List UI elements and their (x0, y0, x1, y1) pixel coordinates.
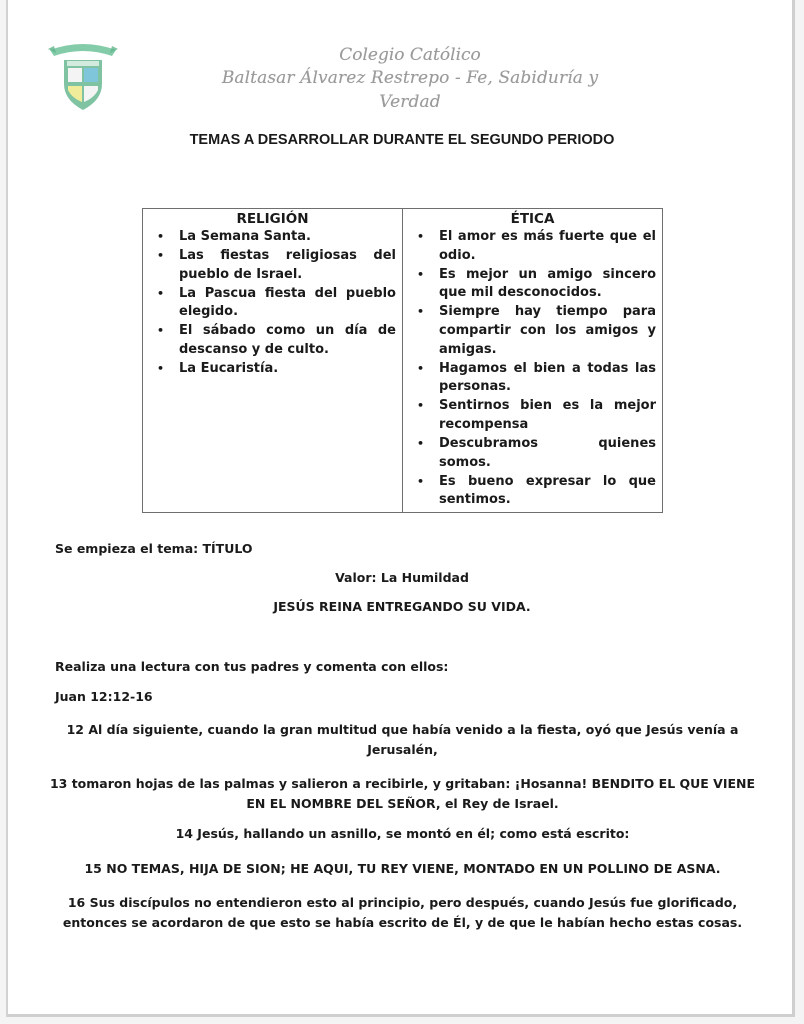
list-item: Las fiestas religiosas del pueblo de Isr… (149, 247, 396, 284)
list-item: Es bueno expresar lo que sentimos. (409, 473, 656, 510)
ethics-heading: ÉTICA (409, 210, 656, 228)
list-item: La Eucaristía. (149, 360, 396, 379)
list-item: Es mejor un amigo sincero que mil descon… (409, 266, 656, 303)
topics-table: RELIGIÓN La Semana Santa. Las fiestas re… (142, 208, 663, 513)
school-name-line1: Colegio Católico (200, 44, 620, 66)
list-item: Sentirnos bien es la mejor recompensa (409, 397, 656, 434)
list-item: El amor es más fuerte que el odio. (409, 228, 656, 265)
document-title: TEMAS A DESARROLLAR DURANTE EL SEGUNDO P… (0, 132, 804, 148)
verse-13: 13 tomaron hojas de las palmas y saliero… (40, 774, 765, 814)
lesson-intro: Se empieza el tema: TÍTULO (55, 541, 253, 556)
lesson-value: Valor: La Humildad (0, 570, 804, 585)
list-item: La Semana Santa. (149, 228, 396, 247)
verse-16: 16 Sus discípulos no entendieron esto al… (40, 893, 765, 933)
school-header: Colegio Católico Baltasar Álvarez Restre… (200, 44, 620, 114)
religion-column: RELIGIÓN La Semana Santa. Las fiestas re… (143, 209, 403, 513)
school-crest-icon (48, 40, 118, 112)
list-item: Descubramos quienes somos. (409, 435, 656, 472)
bible-reference: Juan 12:12-16 (55, 689, 153, 704)
list-item: El sábado como un día de descanso y de c… (149, 322, 396, 359)
school-name-line2: Baltasar Álvarez Restrepo - Fe, Sabidurí… (200, 66, 620, 114)
ethics-list: El amor es más fuerte que el odio. Es me… (409, 228, 656, 510)
lesson-instruction: Realiza una lectura con tus padres y com… (55, 659, 448, 674)
lesson-theme-title: JESÚS REINA ENTREGANDO SU VIDA. (0, 599, 804, 614)
religion-heading: RELIGIÓN (149, 210, 396, 228)
list-item: La Pascua fiesta del pueblo elegido. (149, 285, 396, 322)
verse-15: 15 NO TEMAS, HIJA DE SION; HE AQUI, TU R… (40, 859, 765, 879)
list-item: Siempre hay tiempo para compartir con lo… (409, 303, 656, 359)
religion-list: La Semana Santa. Las fiestas religiosas … (149, 228, 396, 379)
list-item: Hagamos el bien a todas las personas. (409, 360, 656, 397)
verse-12: 12 Al día siguiente, cuando la gran mult… (40, 720, 765, 760)
ethics-column: ÉTICA El amor es más fuerte que el odio.… (403, 209, 663, 513)
verse-14: 14 Jesús, hallando un asnillo, se montó … (40, 824, 765, 844)
